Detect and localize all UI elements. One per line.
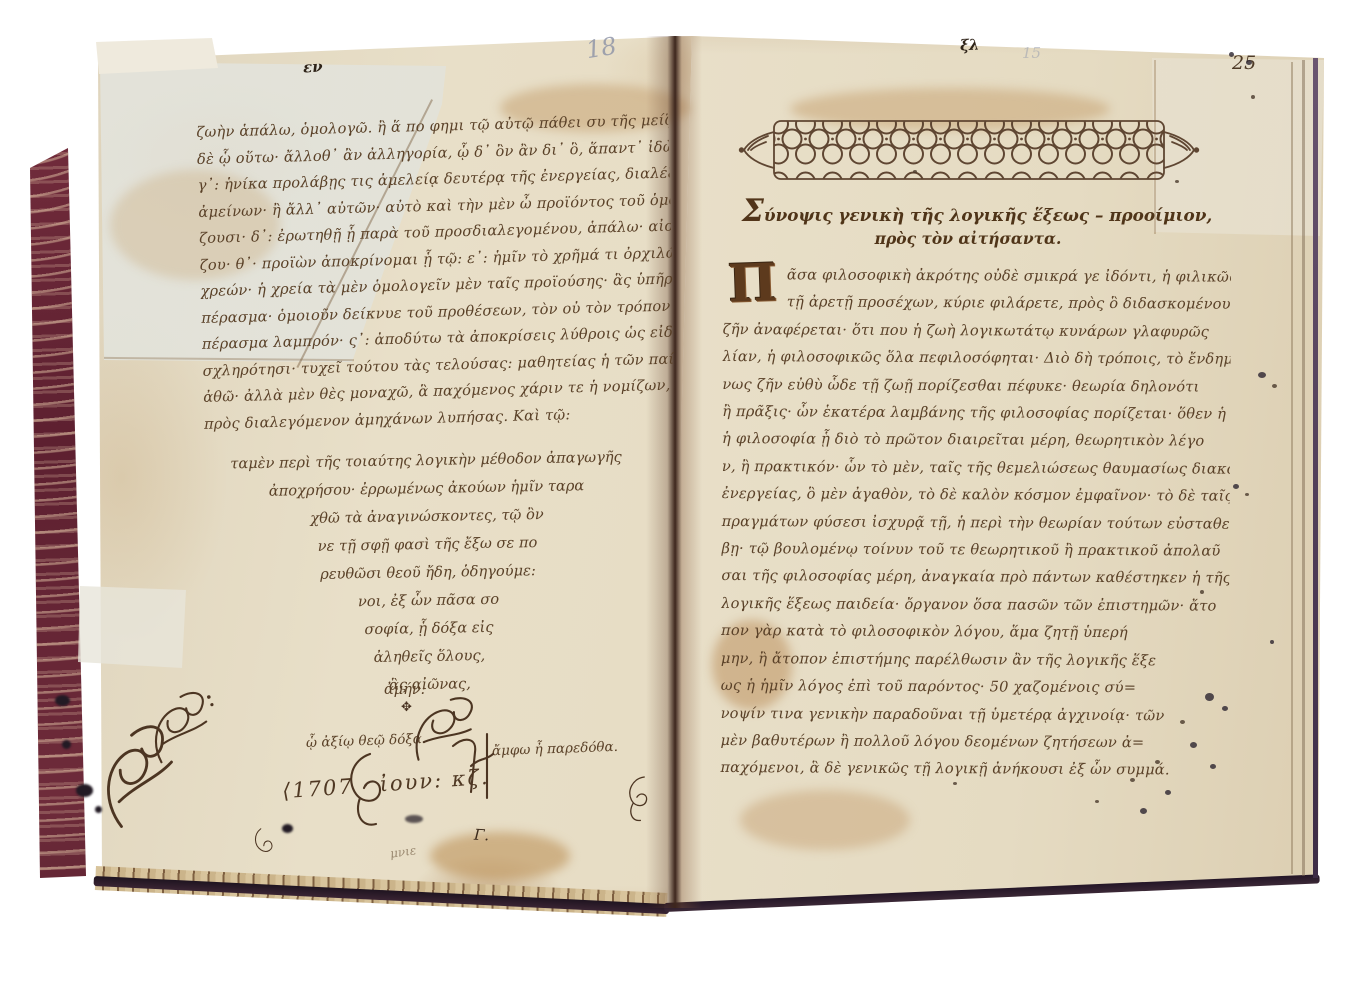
manuscript-line: ᾶσα φιλοσοφικὴ ἀκρότης οὐδὲ σμικρά γε ἰδ… <box>723 261 1231 291</box>
ink-speck <box>1222 706 1228 711</box>
manuscript-line: μὲν βαθυτέρων ἢ πολλοῦ λόγου δεομένων ζη… <box>720 727 1228 757</box>
ink-speck <box>1229 52 1234 57</box>
headpiece-knotwork-icon <box>738 110 1200 192</box>
right-page-text-block: ᾶσα φιλοσοφικὴ ἀκρότης οὐδὲ σμικρά γε ἰδ… <box>720 261 1231 792</box>
ink-speck <box>1095 800 1099 803</box>
manuscript-line: παχόμενοι, ἃ δὲ γενικῶς τῇ λογικῇ ἀνήκου… <box>720 754 1228 784</box>
ink-blot <box>95 806 102 813</box>
manuscript-line: ν, ἢ πρακτικόν· ὧν τὸ μὲν, ταῖς τῆς θεμε… <box>722 453 1230 483</box>
ink-blot <box>76 784 93 797</box>
ink-speck <box>1200 590 1204 594</box>
manuscript-photo: εν 18 ξλ 15 25 ζωὴν ἁπάλω, ὁμολογῶ. ἢ ἅ … <box>0 0 1354 995</box>
ink-speck <box>1258 372 1266 378</box>
ink-smudge <box>405 815 423 823</box>
ink-speck <box>1165 790 1171 795</box>
ink-blot <box>55 695 70 706</box>
page-number: 25 <box>1232 52 1256 74</box>
left-quire-mark: εν <box>302 57 323 76</box>
ink-speck <box>1270 640 1274 644</box>
ink-speck <box>913 170 917 173</box>
ink-speck <box>953 782 957 785</box>
manuscript-line: ἡ φιλοσοφία ᾗ διὸ τὸ πρῶτον διαιρεῖται μ… <box>722 425 1230 455</box>
ink-speck <box>1245 493 1249 496</box>
ink-speck <box>1155 760 1160 764</box>
right-folio-number-pencil: 15 <box>1022 44 1041 62</box>
stray-mark: Γ. <box>474 826 490 845</box>
ink-speck <box>1180 720 1185 724</box>
signature-flourish <box>447 730 499 808</box>
left-page-taper-block: ταμὲν περὶ τῆς τοιαύτης λογικὴν μέθοδον … <box>198 443 658 703</box>
manuscript-line: βῃ· τῷ βουλομένῳ τοίνυν τοῦ τε θεωρητικο… <box>721 535 1229 565</box>
fore-edge-line <box>1291 62 1293 874</box>
ink-speck <box>1246 60 1252 65</box>
manuscript-line: ἐνεργείας, ὃ μὲν ἀγαθὸν, τὸ δὲ καλὸν κόσ… <box>722 480 1230 510</box>
stain <box>740 790 910 850</box>
manuscript-line: λίαν, ἡ φιλοσοφικῶς ὅλα πεφιλοσόφηται· Δ… <box>722 343 1230 373</box>
stain <box>430 832 570 880</box>
ink-speck <box>1190 742 1197 748</box>
manuscript-line: ζῆν ἀναφέρεται· ὅτι που ἡ ζωὴ λογικωτάτῳ… <box>723 316 1231 346</box>
ink-speck <box>1233 484 1239 489</box>
manuscript-line: νοψίν τινα γενικὴν παραδοῦναι τῇ ὑμετέρᾳ… <box>721 699 1229 729</box>
manuscript-line: λογικῆς ἕξεως παιδεία· ὄργανον ὅσα πασῶν… <box>721 590 1229 620</box>
ink-speck <box>1140 808 1147 814</box>
manuscript-line: πον γὰρ κατὰ τὸ φιλοσοφικὸν λόγου, ἅμα ζ… <box>721 617 1229 647</box>
right-quire-mark: ξλ <box>960 36 980 55</box>
manuscript-line: ἢ πρᾶξις· ὧν ἑκατέρα λαμβάνης τῆς φιλοσο… <box>722 398 1230 428</box>
ink-speck <box>1272 384 1277 388</box>
ink-blot <box>62 740 71 749</box>
colophon-ornament-icon: ✥ <box>401 700 412 715</box>
ink-speck <box>1210 764 1216 769</box>
chapter-title-line2: πρὸς τὸν αἰτήσαντα. <box>742 229 1194 248</box>
chapter-title-line1: Σύνοψις γενικὴ τῆς λογικῆς ἕξεως – προοί… <box>742 193 1194 229</box>
left-page-text-block: ζωὴν ἁπάλω, ὁμολογῶ. ἢ ἅ πο φημι τῷ αὐτῷ… <box>196 108 676 442</box>
ink-speck <box>1205 693 1214 701</box>
manuscript-line: πραγμάτων φύσεσι ἰσχυρᾷ τῇ, ἡ περὶ τὴν θ… <box>722 508 1230 538</box>
manuscript-line: σαι τῆς φιλοσοφίας μέρη, ἀναγκαία πρὸ πά… <box>721 562 1229 592</box>
manuscript-line: τῇ ἀρετῇ προσέχων, κύριε φιλάρετε, πρὸς … <box>723 288 1231 318</box>
manuscript-line: ως ἡ ἡμῖν λόγος ἐπὶ τοῦ παρόντος· 50 χαζ… <box>721 672 1229 702</box>
signature-flourish <box>340 750 410 838</box>
manuscript-line: νως ζῆν εὐθὺ ὧδε τῇ ζωῇ πορίζεσθαι πέφυκ… <box>722 371 1230 401</box>
manuscript-line: μην, ἢ ἄτοπον ἐπιστήμης παρέλθωσιν ἂν τῆ… <box>721 645 1229 675</box>
ink-blot <box>282 824 293 833</box>
left-folio-number-pencil: 18 <box>584 32 619 64</box>
ink-speck <box>1175 180 1179 183</box>
ink-speck <box>1130 778 1135 782</box>
ink-speck <box>1251 95 1255 99</box>
fore-edge-dark-line <box>1313 58 1318 878</box>
fore-edge-line <box>1302 60 1305 876</box>
